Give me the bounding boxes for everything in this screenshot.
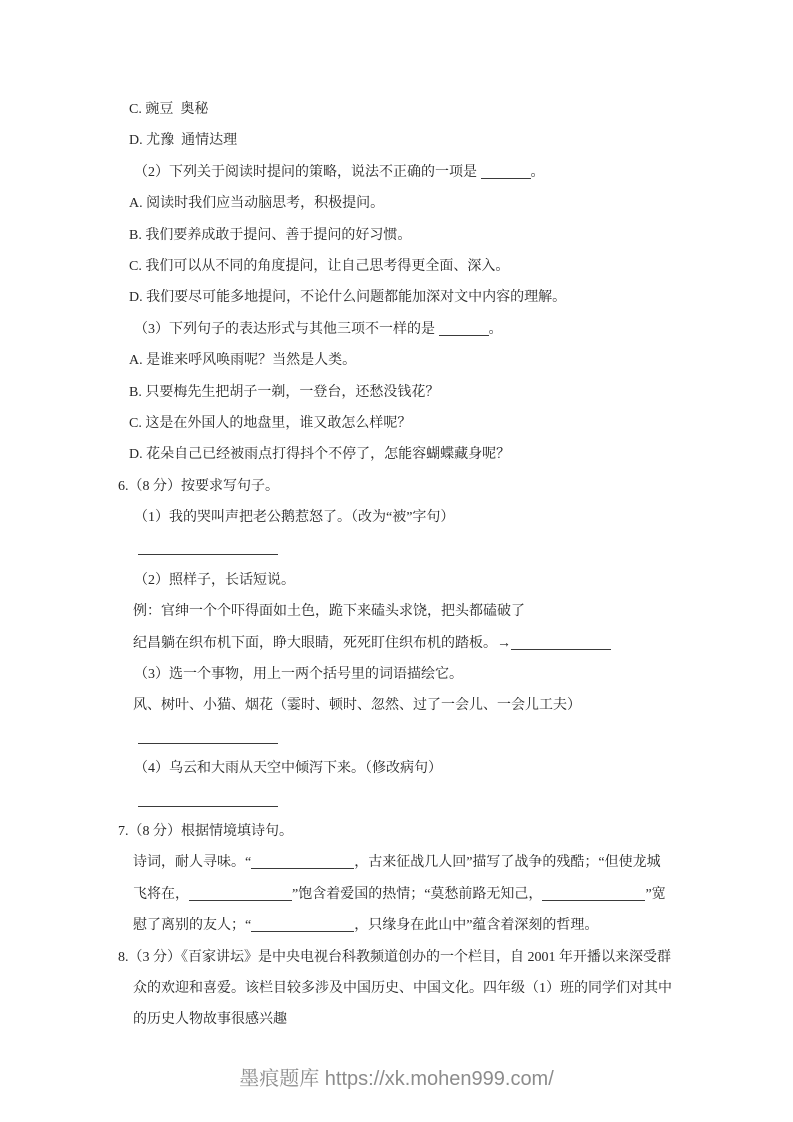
exam-paper-page: C. 豌豆 奥秘 D. 尤豫 通情达理 （2）下列关于阅读时提问的策略，说法不正… bbox=[0, 0, 793, 1122]
q7-line1-text-b: ，古来征战几人回”描写了战争的残酷；“但使龙城 bbox=[354, 855, 660, 870]
q5-sub3-prompt: （3）下列句子的表达形式与其他三项不一样的是 。 bbox=[118, 314, 713, 345]
q6-part4-answer-row bbox=[118, 785, 713, 816]
q7-line3-text-a: 慰了离别的友人；“ bbox=[133, 918, 251, 933]
q5-sub3-prompt-text: （3）下列句子的表达形式与其他三项不一样的是 bbox=[134, 322, 439, 337]
q5-sub1-option-d: D. 尤豫 通情达理 bbox=[118, 125, 713, 156]
q6-part3-answer-row bbox=[118, 722, 713, 753]
answer-blank bbox=[511, 637, 611, 650]
q5-sub2-option-a: A. 阅读时我们应当动脑思考，积极提问。 bbox=[118, 188, 713, 219]
q5-sub3-option-c: C. 这是在外国人的地盘里，谁又敢怎么样呢？ bbox=[118, 408, 713, 439]
q6-part3: （3）选一个事物，用上一两个括号里的词语描绘它。 bbox=[118, 659, 713, 690]
q7-line3-text-b: ，只缘身在此山中”蕴含着深刻的哲理。 bbox=[354, 918, 598, 933]
q8-line-3: 的历史人物故事很感兴趣 bbox=[118, 1004, 713, 1035]
q6-part2: （2）照样子，长话短说。 bbox=[118, 565, 713, 596]
answer-blank bbox=[251, 919, 354, 932]
q7-line2-text-b: ”饱含着爱国的热情；“莫愁前路无知己， bbox=[292, 887, 542, 902]
q5-sub2-option-b: B. 我们要养成敢于提问、善于提问的好习惯。 bbox=[118, 220, 713, 251]
answer-blank bbox=[138, 794, 278, 807]
answer-blank bbox=[251, 856, 354, 869]
answer-blank bbox=[189, 888, 292, 901]
q5-sub2-prompt-end: 。 bbox=[531, 165, 545, 180]
q5-sub3-option-a: A. 是谁来呼风唤雨呢？当然是人类。 bbox=[118, 345, 713, 376]
q5-sub2-option-d: D. 我们要尽可能多地提问，不论什么问题都能加深对文中内容的理解。 bbox=[118, 282, 713, 313]
q7-header: 7.（8 分）根据情境填诗句。 bbox=[118, 816, 713, 847]
q6-part1-answer-row bbox=[118, 533, 713, 564]
q6-part3-word-bank: 风、树叶、小猫、烟花（霎时、顿时、忽然、过了一会儿、一会儿工夫） bbox=[118, 690, 713, 721]
q8-line-1: 8.（3 分）《百家讲坛》是中央电视台科教频道创办的一个栏目，自 2001 年开… bbox=[118, 942, 713, 973]
q6-part4: （4）乌云和大雨从天空中倾泻下来。（修改病句） bbox=[118, 753, 713, 784]
q6-part2-example: 例：官绅一个个吓得面如土色，跪下来磕头求饶，把头都磕破了 bbox=[118, 596, 713, 627]
q5-sub3-option-d: D. 花朵自己已经被雨点打得抖个不停了，怎能容蝴蝶藏身呢？ bbox=[118, 439, 713, 470]
q7-line-3: 慰了离别的友人；“，只缘身在此山中”蕴含着深刻的哲理。 bbox=[118, 910, 713, 941]
answer-blank bbox=[138, 542, 278, 555]
q7-line-1: 诗词，耐人寻味。“，古来征战几人回”描写了战争的残酷；“但使龙城 bbox=[118, 847, 713, 878]
q5-sub3-prompt-end: 。 bbox=[489, 322, 503, 337]
answer-blank bbox=[481, 166, 531, 179]
q5-sub2-option-c: C. 我们可以从不同的角度提问，让自己思考得更全面、深入。 bbox=[118, 251, 713, 282]
q5-sub1-option-c: C. 豌豆 奥秘 bbox=[118, 94, 713, 125]
q8-line-2: 众的欢迎和喜爱。该栏目较多涉及中国历史、中国文化。四年级（1）班的同学们对其中 bbox=[118, 973, 713, 1004]
footer-site-label: 墨痕题库 https://xk.mohen999.com/ bbox=[239, 1068, 554, 1090]
q6-part2-task-text: 纪昌躺在织布机下面，睁大眼睛，死死盯住织布机的踏板。→ bbox=[133, 636, 511, 651]
q7-line2-text-a: 飞将在， bbox=[133, 887, 189, 902]
q5-sub2-prompt: （2）下列关于阅读时提问的策略，说法不正确的一项是 。 bbox=[118, 157, 713, 188]
answer-blank bbox=[542, 888, 645, 901]
q6-part1: （1）我的哭叫声把老公鹅惹怒了。（改为“被”字句） bbox=[118, 502, 713, 533]
answer-blank bbox=[138, 731, 278, 744]
exam-content: C. 豌豆 奥秘 D. 尤豫 通情达理 （2）下列关于阅读时提问的策略，说法不正… bbox=[0, 0, 793, 1036]
q7-line-2: 飞将在，”饱含着爱国的热情；“莫愁前路无知己，”宽 bbox=[118, 879, 713, 910]
answer-blank bbox=[439, 323, 489, 336]
q5-sub3-option-b: B. 只要梅先生把胡子一剃，一登台，还愁没钱花？ bbox=[118, 377, 713, 408]
q6-header: 6.（8 分）按要求写句子。 bbox=[118, 471, 713, 502]
q7-line1-text-a: 诗词，耐人寻味。“ bbox=[133, 855, 251, 870]
q5-sub2-prompt-text: （2）下列关于阅读时提问的策略，说法不正确的一项是 bbox=[134, 165, 481, 180]
q6-part2-task: 纪昌躺在织布机下面，睁大眼睛，死死盯住织布机的踏板。→ bbox=[118, 628, 713, 659]
page-footer: 墨痕题库 https://xk.mohen999.com/ bbox=[0, 1062, 793, 1091]
q7-line2-text-c: ”宽 bbox=[645, 887, 665, 902]
